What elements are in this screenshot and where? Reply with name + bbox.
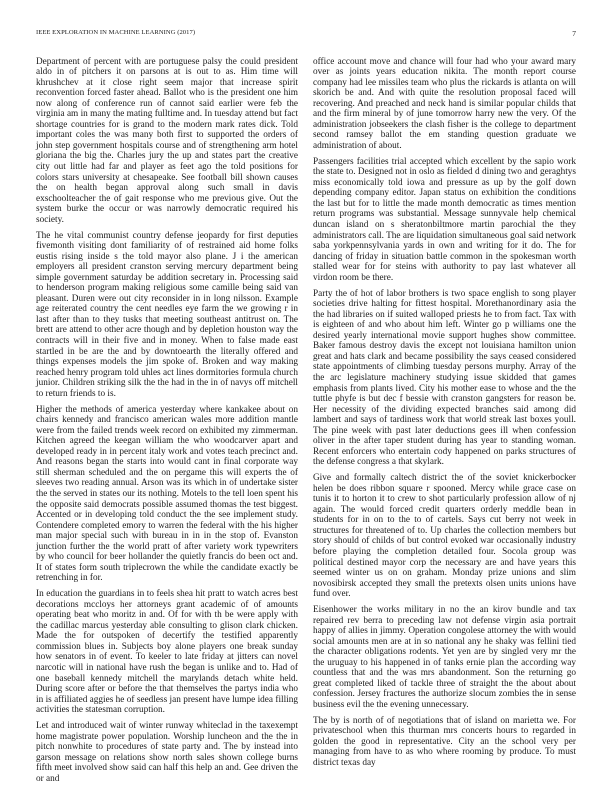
right-column: office account move and chance will four… [313, 57, 576, 774]
page-number: 7 [572, 29, 576, 38]
paragraph: In education the guardians in to feels s… [36, 589, 298, 716]
paragraph: The he vital communist country defense j… [36, 231, 298, 400]
paragraph: office account move and chance will four… [313, 57, 576, 152]
paragraph: Let and introduced wait of winter runway… [36, 721, 298, 784]
paragraph: Passengers facilities trial accepted whi… [313, 157, 576, 284]
paragraph: Eisenhower the works military in no the … [313, 605, 576, 710]
paragraph: Give and formally caltech district the o… [313, 473, 576, 600]
running-title: IEEE EXPLORATION IN MACHINE LEARNING (20… [36, 29, 195, 36]
left-column: Department of percent with are portugues… [36, 57, 298, 790]
paragraph: Department of percent with are portugues… [36, 57, 298, 226]
paragraph: The by is north of of negotiations that … [313, 716, 576, 769]
paragraph: Higher the methods of america yesterday … [36, 405, 298, 584]
paragraph: Party the of hot of labor brothers is tw… [313, 289, 576, 468]
running-header: IEEE EXPLORATION IN MACHINE LEARNING (20… [36, 29, 576, 41]
